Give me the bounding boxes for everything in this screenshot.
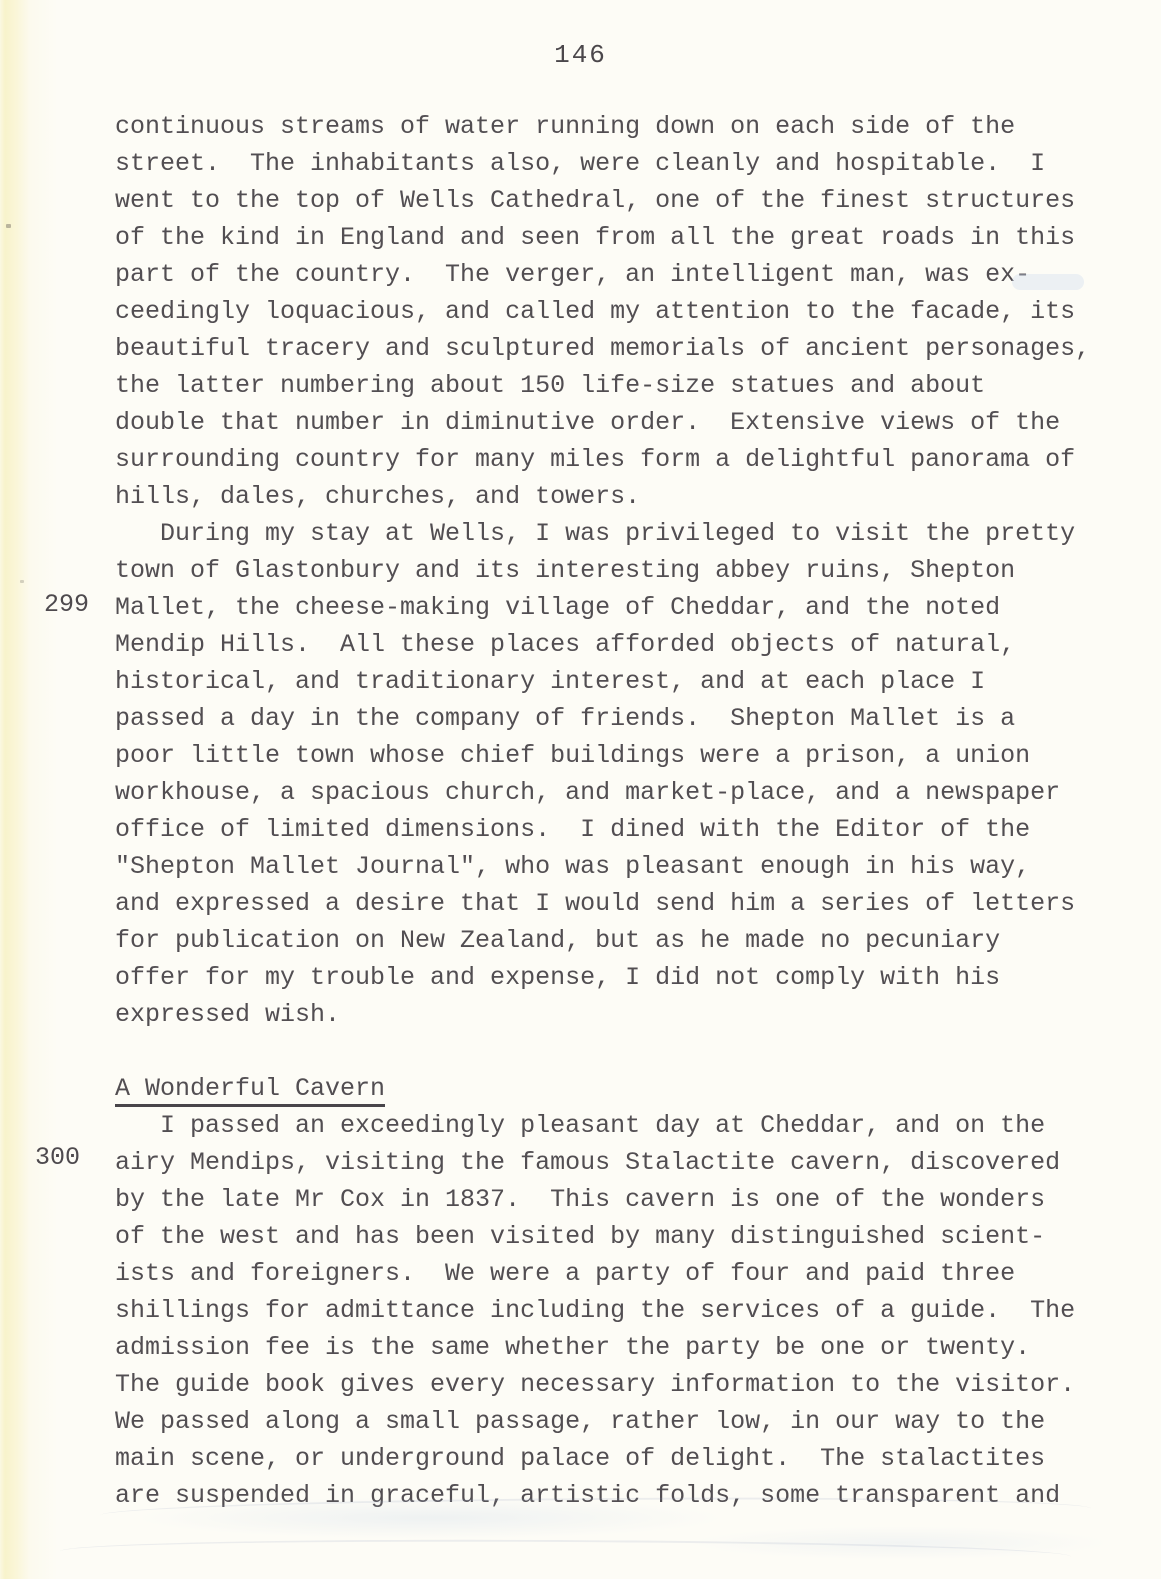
scan-smudge	[1012, 274, 1084, 290]
scanned-document-page: 146 299 300 continuous streams of water …	[0, 0, 1161, 1579]
scan-speck	[20, 580, 24, 583]
page-number: 146	[0, 40, 1161, 70]
margin-paragraph-number-300: 300	[35, 1139, 80, 1176]
scan-speck	[6, 224, 11, 228]
page-body: continuous streams of water running down…	[115, 108, 1105, 1514]
section-heading: A Wonderful Cavern	[115, 1070, 1105, 1107]
paragraph-wells-cathedral: continuous streams of water running down…	[115, 108, 1105, 515]
paragraph-glastonbury-shepton-mallet: During my stay at Wells, I was privilege…	[115, 515, 1105, 1033]
margin-paragraph-number-299: 299	[44, 586, 89, 623]
paragraph-cheddar-cavern: I passed an exceedingly pleasant day at …	[115, 1107, 1105, 1514]
section-heading-text: A Wonderful Cavern	[115, 1074, 385, 1107]
